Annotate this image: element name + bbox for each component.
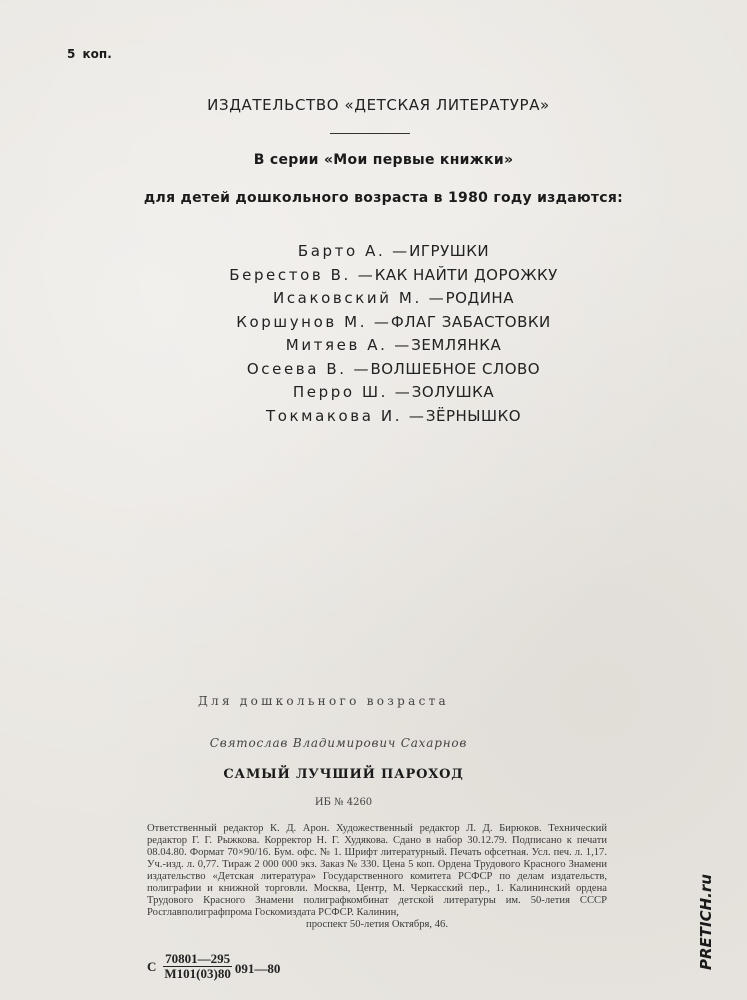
imprint-text: Ответственный редактор К. Д. Арон. Худож… [147, 823, 607, 931]
catalog-code-numerator: 70801—295 [163, 952, 232, 967]
book-title: САМЫЙ ЛУЧШИЙ ПАРОХОД [0, 767, 747, 782]
catalog-code-suffix: 091—80 [235, 961, 281, 977]
book-list-item: Исаковский М. —РОДИНА [40, 287, 747, 311]
book-author: Исаковский М. [273, 289, 422, 307]
book-author: Осеева В. [247, 360, 347, 378]
book-title-item: ЗЕМЛЯНКА [411, 336, 501, 354]
book-title-item: ИГРУШКИ [409, 242, 489, 260]
book-author: Токмакова И. [266, 407, 402, 425]
watermark: PRETICH.ru [697, 874, 715, 970]
catalog-code: С 70801—295 М101(03)80 091—80 [147, 952, 280, 981]
price-label: 5 коп. [67, 47, 112, 61]
book-list-item: Берестов В. —КАК НАЙТИ ДОРОЖКУ [40, 264, 747, 288]
imprint-body: Ответственный редактор К. Д. Арон. Худож… [147, 823, 607, 918]
em-dash: — [409, 407, 424, 425]
separator-rule [330, 133, 410, 134]
em-dash: — [429, 289, 444, 307]
age-note: Для дошкольного возраста [0, 694, 747, 708]
book-author: Коршунов М. [236, 313, 367, 331]
book-author: Барто А. [298, 242, 386, 260]
book-title-item: КАК НАЙТИ ДОРОЖКУ [375, 266, 558, 284]
publisher-heading: ИЗДАТЕЛЬСТВО «ДЕТСКАЯ ЛИТЕРАТУРА» [0, 96, 747, 114]
book-list: Барто А. —ИГРУШКИБерестов В. —КАК НАЙТИ … [0, 240, 747, 428]
book-list-item: Барто А. —ИГРУШКИ [40, 240, 747, 264]
em-dash: — [395, 383, 410, 401]
book-author: Перро Ш. [293, 383, 388, 401]
ib-number: ИБ № 4260 [0, 797, 747, 808]
book-title-item: РОДИНА [446, 289, 514, 307]
catalog-code-fraction: 70801—295 М101(03)80 [162, 952, 232, 981]
book-list-item: Перро Ш. —ЗОЛУШКА [40, 381, 747, 405]
em-dash: — [353, 360, 368, 378]
author-name: Святослав Владимирович Сахарнов [0, 736, 747, 750]
book-title-item: ЗОЛУШКА [412, 383, 494, 401]
book-title-item: ФЛАГ ЗАБАСТОВКИ [391, 313, 551, 331]
series-heading: В серии «Мои первые книжки» [0, 152, 747, 168]
book-author: Берестов В. [229, 266, 351, 284]
book-list-item: Коршунов М. —ФЛАГ ЗАБАСТОВКИ [40, 311, 747, 335]
book-list-item: Митяев А. —ЗЕМЛЯНКА [40, 334, 747, 358]
em-dash: — [392, 242, 407, 260]
catalog-code-prefix: С [147, 959, 156, 975]
book-title-item: ВОЛШЕБНОЕ СЛОВО [370, 360, 540, 378]
em-dash: — [394, 336, 409, 354]
book-list-item: Осеева В. —ВОЛШЕБНОЕ СЛОВО [40, 358, 747, 382]
catalog-code-denominator: М101(03)80 [162, 967, 232, 981]
em-dash: — [374, 313, 389, 331]
book-title-item: ЗЁРНЫШКО [426, 407, 521, 425]
em-dash: — [358, 266, 373, 284]
book-author: Митяев А. [286, 336, 388, 354]
book-list-item: Токмакова И. —ЗЁРНЫШКО [40, 405, 747, 429]
imprint-last-line: проспект 50-летия Октября, 46. [147, 919, 607, 931]
series-subtitle: для детей дошкольного возраста в 1980 го… [0, 190, 747, 206]
